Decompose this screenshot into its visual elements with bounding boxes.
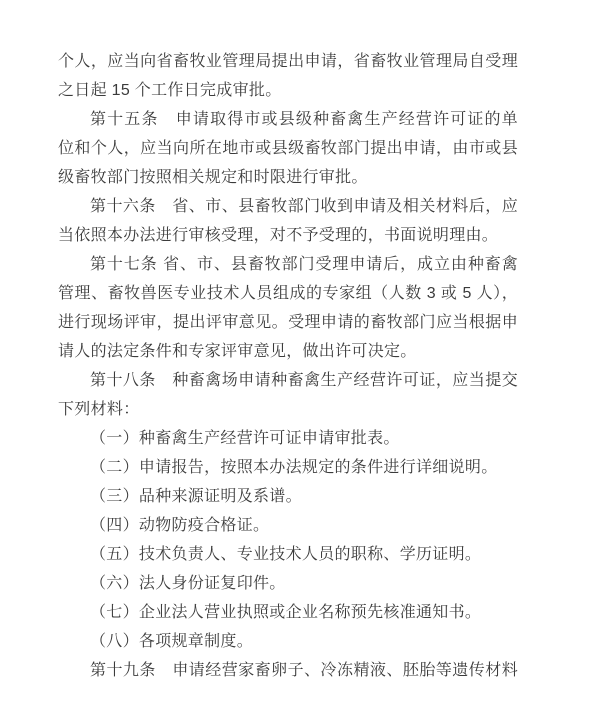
doc-line: 第十六条 省、市、县畜牧部门收到申请及相关材料后，应 — [58, 192, 518, 221]
document-body: 个人，应当向省畜牧业管理局提出申请，省畜牧业管理局自受理 之日起 15 个工作日… — [58, 47, 518, 685]
doc-line: 进行现场评审，提出评审意见。受理申请的畜牧部门应当根据申 — [58, 308, 518, 337]
doc-line: 管理、畜牧兽医专业技术人员组成的专家组（人数 3 或 5 人）， — [58, 279, 518, 308]
doc-line: （八）各项规章制度。 — [58, 627, 518, 656]
doc-line: （七）企业法人营业执照或企业名称预先核准通知书。 — [58, 598, 518, 627]
doc-line: （五）技术负责人、专业技术人员的职称、学历证明。 — [58, 540, 518, 569]
doc-line: 下列材料： — [58, 395, 518, 424]
doc-line: 之日起 15 个工作日完成审批。 — [58, 76, 518, 105]
doc-line: 级畜牧部门按照相关规定和时限进行审批。 — [58, 163, 518, 192]
doc-line: 当依照本办法进行审核受理，对不予受理的，书面说明理由。 — [58, 221, 518, 250]
doc-line: （三）品种来源证明及系谱。 — [58, 482, 518, 511]
doc-line: 个人，应当向省畜牧业管理局提出申请，省畜牧业管理局自受理 — [58, 47, 518, 76]
doc-line: （一）种畜禽生产经营许可证申请审批表。 — [58, 424, 518, 453]
doc-line: 第十九条 申请经营家畜卵子、冷冻精液、胚胎等遗传材料 — [58, 656, 518, 685]
doc-line: 第十七条 省、市、县畜牧部门受理申请后，成立由种畜禽 — [58, 250, 518, 279]
doc-line: （二）申请报告，按照本办法规定的条件进行详细说明。 — [58, 453, 518, 482]
doc-line: （六）法人身份证复印件。 — [58, 569, 518, 598]
doc-line: 第十八条 种畜禽场申请种畜禽生产经营许可证，应当提交 — [58, 366, 518, 395]
doc-line: 第十五条 申请取得市或县级种畜禽生产经营许可证的单 — [58, 105, 518, 134]
document-page: 个人，应当向省畜牧业管理局提出申请，省畜牧业管理局自受理 之日起 15 个工作日… — [0, 0, 590, 719]
doc-line: 位和个人，应当向所在地市或县级畜牧部门提出申请，由市或县 — [58, 134, 518, 163]
doc-line: 请人的法定条件和专家评审意见，做出许可决定。 — [58, 337, 518, 366]
doc-line: （四）动物防疫合格证。 — [58, 511, 518, 540]
